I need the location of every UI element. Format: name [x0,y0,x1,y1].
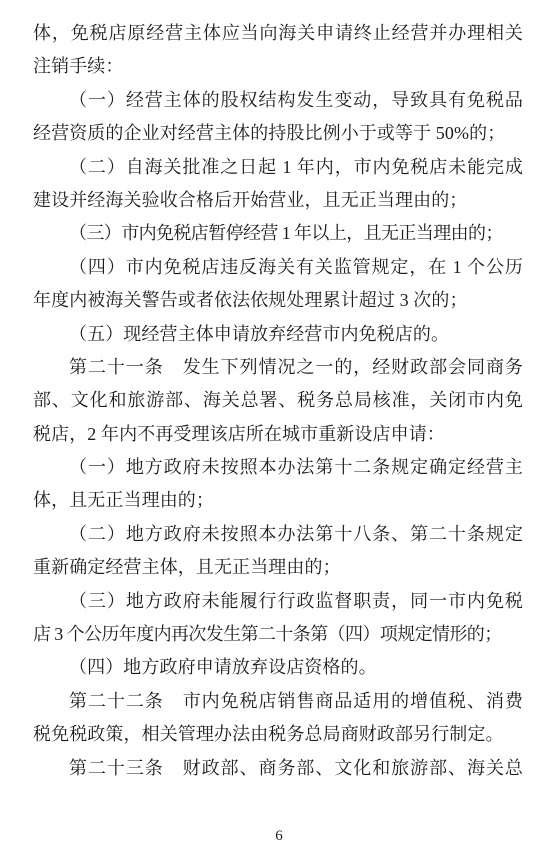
text-line: （一）地方政府未按照本办法第十二条规定确定经营主 [33,451,523,484]
text-line: 税店，2 年内不再受理该店所在城市重新设店申请： [33,418,523,451]
text-line: （一）经营主体的股权结构发生变动，导致具有免税品 [33,84,523,117]
text-line: 体，免税店原经营主体应当向海关申请终止经营并办理相关 [33,17,523,50]
text-line: 体，且无正当理由的； [33,484,523,517]
text-line: 注销手续： [33,50,523,83]
text-line: （四）地方政府申请放弃设店资格的。 [33,651,523,684]
text-line: （二）地方政府未按照本办法第十八条、第二十条规定 [33,518,523,551]
body-text: 体，免税店原经营主体应当向海关申请终止经营并办理相关 注销手续： （一）经营主体… [33,17,523,785]
text-line: 建设并经海关验收合格后开始营业，且无正当理由的； [33,184,523,217]
text-line: 税免税政策，相关管理办法由税务总局商财政部另行制定。 [33,718,523,751]
document-page: 体，免税店原经营主体应当向海关申请终止经营并办理相关 注销手续： （一）经营主体… [0,0,558,854]
text-line: （五）现经营主体申请放弃经营市内免税店的。 [33,318,523,351]
text-line: 第二十一条 发生下列情况之一的，经财政部会同商务 [33,351,523,384]
text-line: （四）市内免税店违反海关有关监管规定，在 1 个公历 [33,251,523,284]
text-line: 部、文化和旅游部、海关总署、税务总局核准，关闭市内免 [33,384,523,417]
text-line: 年度内被海关警告或者依法依规处理累计超过 3 次的； [33,284,523,317]
text-line: 经营资质的企业对经营主体的持股比例小于或等于 50%的； [33,117,523,150]
text-line: （三）地方政府未能履行行政监督职责，同一市内免税 [33,585,523,618]
text-line: 店 3 个公历年度内再次发生第二十条第（四）项规定情形的； [33,618,523,651]
text-line: 第二十二条 市内免税店销售商品适用的增值税、消费 [33,685,523,718]
text-line: 第二十三条 财政部、商务部、文化和旅游部、海关总 [33,752,523,785]
text-line: （三）市内免税店暂停经营 1 年以上，且无正当理由的； [33,217,523,250]
text-line: 重新确定经营主体，且无正当理由的； [33,551,523,584]
text-line: （二）自海关批准之日起 1 年内，市内免税店未能完成 [33,151,523,184]
page-number: 6 [0,828,558,845]
